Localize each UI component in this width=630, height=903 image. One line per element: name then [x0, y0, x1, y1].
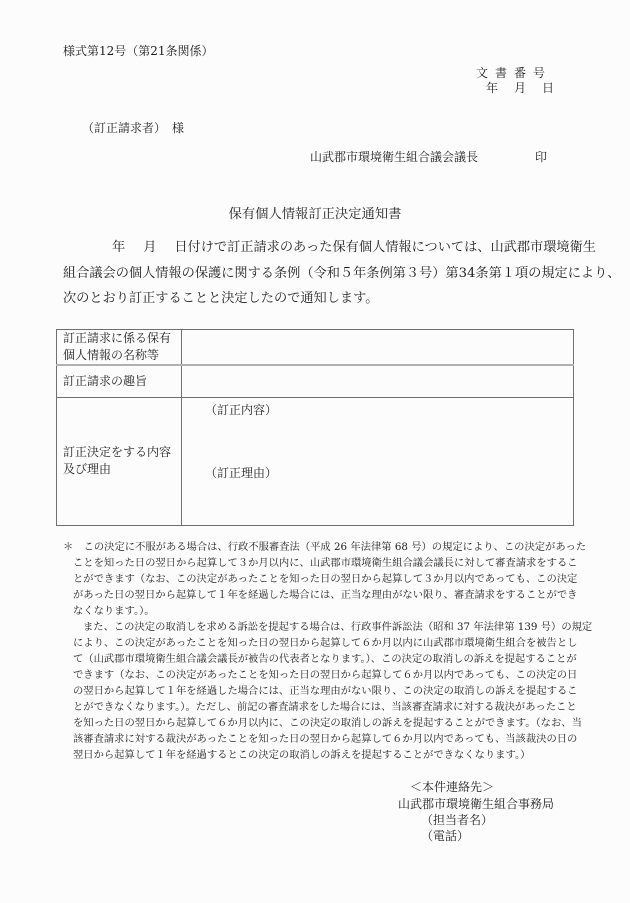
body-line-1: 年月日付けで訂正請求のあった保有個人情報については、山武郡市環境衛生	[112, 236, 596, 255]
note-line: があった日の翌日から起算して１年を経過した場合には、正当な理由がない限り、審査請…	[73, 587, 577, 603]
date-year: 年	[486, 79, 514, 96]
label-line: 及び理由	[63, 461, 181, 478]
note-line: また、この決定の取消しを求める訴訟を提起する場合は、行政事件訴訟法（昭和 37 …	[83, 619, 592, 635]
correction-content-label: （訂正内容）	[205, 401, 277, 418]
body-date-month: 月	[143, 240, 156, 255]
issuer: 山武郡市環境衛生組合議会議長	[310, 148, 478, 165]
contact-phone: （電話）	[421, 827, 469, 844]
body-line-1-text: 日付けで訂正請求のあった保有個人情報については、山武郡市環境衛生	[174, 240, 596, 255]
note-line: とができなくなります。）。ただし、前記の審査請求をした場合には、当該審査請求に対…	[73, 699, 577, 715]
label-line: 訂正決定をする内容	[63, 444, 181, 461]
note-line: とができます（なお、この決定があったことを知った日の翌日から起算して３か月以内で…	[73, 571, 577, 587]
seal-mark: 印	[535, 148, 547, 165]
note-line: なくなります。）。	[73, 603, 155, 619]
contact-office: 山武郡市環境衛生組合事務局	[398, 795, 554, 812]
note-line: ＊ この決定に不服がある場合は、行政不服審査法（平成 26 年法律第 68 号）…	[63, 539, 586, 555]
note-line: の翌日から起算して１年を経過した場合には、正当な理由がない限り、この決定の取消し…	[73, 683, 578, 699]
value-info-name[interactable]	[182, 330, 574, 366]
label-line: 訂正請求に係る保有	[63, 330, 181, 347]
document-title: 保有個人情報訂正決定通知書	[0, 203, 630, 222]
decision-cell: （訂正内容） （訂正理由）	[182, 398, 573, 525]
contact-person: （担当者名）	[421, 811, 493, 828]
contact-heading: ＜本件連絡先＞	[410, 778, 494, 795]
note-line: できます（なお、この決定があったことを知った日の翌日から起算して６か月以内であっ…	[73, 667, 577, 683]
note-line: て（山武郡市環境衛生組合議会議長が被告の代表者となります。）、この決定の取消しの…	[73, 651, 577, 667]
addressee: （訂正請求者） 様	[82, 119, 184, 136]
body-line-2: 組合議会の個人情報の保護に関する条例（令和５年条例第３号）第34条第１項の規定に…	[63, 262, 620, 281]
value-decision-content[interactable]: （訂正内容） （訂正理由）	[182, 397, 574, 525]
label-line: 個人情報の名称等	[63, 347, 181, 364]
issue-date: 年月日	[486, 79, 570, 96]
body-date-year: 年	[112, 240, 125, 255]
value-request-purpose[interactable]	[182, 365, 574, 397]
date-day: 日	[542, 79, 570, 96]
table-row: 訂正決定をする内容 及び理由 （訂正内容） （訂正理由）	[57, 397, 574, 525]
note-line: 該審査請求に対する裁決があったことを知った日の翌日から起算して６か月以内であって…	[73, 731, 577, 747]
note-line: ことを知った日の翌日から起算して３か月以内に、山武郡市環境衛生組合議会議長に対し…	[73, 555, 578, 571]
correction-reason-label: （訂正理由）	[205, 464, 277, 481]
label-info-name: 訂正請求に係る保有 個人情報の名称等	[57, 330, 182, 366]
note-line: を知った日の翌日から起算して６か月以内に、この決定の取消しの訴えを提起することが…	[73, 715, 582, 731]
body-line-3: 次のとおり訂正することと決定したので通知します。	[63, 287, 378, 306]
table-row: 訂正請求に係る保有 個人情報の名称等	[57, 330, 574, 366]
decision-table: 訂正請求に係る保有 個人情報の名称等 訂正請求の趣旨 訂正決定をする内容 及び理…	[56, 329, 574, 526]
label-request-purpose: 訂正請求の趣旨	[57, 365, 182, 397]
date-month: 月	[514, 79, 542, 96]
table-row: 訂正請求の趣旨	[57, 365, 574, 397]
label-decision-content: 訂正決定をする内容 及び理由	[57, 397, 182, 525]
form-number: 様式第12号（第21条関係）	[63, 42, 214, 59]
note-line: により、この決定があったことを知った日の翌日から起算して６か月以内に山武郡市環境…	[73, 635, 577, 651]
note-line: 翌日から起算して１年を経過するとこの決定の取消しの訴えを提起することができなくな…	[73, 747, 530, 763]
